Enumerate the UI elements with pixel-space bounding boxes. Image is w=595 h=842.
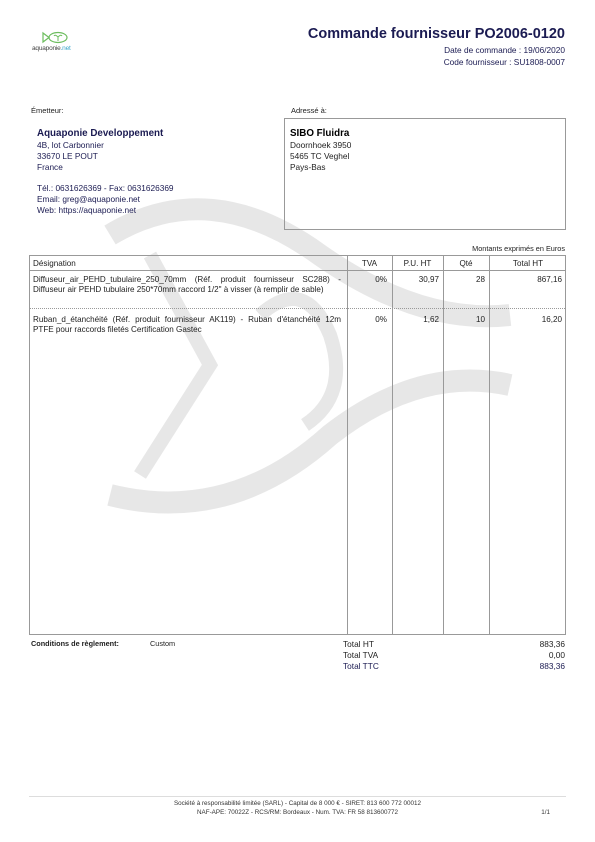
row-1-total-ht: 867,16 [489,275,562,285]
sender-address2: 33670 LE POUT [37,151,174,162]
payment-terms-label: Conditions de règlement: [31,639,119,648]
supplier-code: Code fournisseur : SU1808-0007 [444,57,565,67]
currency-note: Montants exprimés en Euros [472,244,565,253]
row-2-pu-ht: 1,62 [392,315,439,325]
recipient-address: SIBO Fluidra Doornhoek 3950 5465 TC Vegh… [290,128,351,172]
total-tva-value: 0,00 [549,650,565,660]
header-tva: TVA [347,259,392,268]
recipient-address1: Doornhoek 3950 [290,140,351,151]
row-2-tva: 0% [347,315,387,325]
company-logo: aquaponie.net [32,31,80,55]
sender-country: France [37,162,174,173]
sender-phone: Tél.: 0631626369 - Fax: 0631626369 [37,183,174,194]
row-2-designation: Ruban_d_étanchéité (Réf. produit fournis… [33,315,341,336]
payment-terms-value: Custom [150,639,175,648]
sender-web: Web: https://aquaponie.net [37,205,174,216]
total-ttc-value: 883,36 [540,661,565,671]
recipient-address2: 5465 TC Veghel [290,151,351,162]
total-ttc-label: Total TTC [343,661,379,671]
row-2-qty: 10 [443,315,485,325]
sender-name: Aquaponie Developpement [37,128,174,140]
page-number: 1/1 [541,809,550,816]
recipient-country: Pays-Bas [290,162,351,173]
recipient-name: SIBO Fluidra [290,128,351,140]
footer-legal-line-2: NAF-APE: 70022Z - RCS/RM: Bordeaux - Num… [0,809,595,816]
row-1-designation: Diffuseur_air_PEHD_tubulaire_250_70mm (R… [33,275,341,296]
row-1-pu-ht: 30,97 [392,275,439,285]
sender-address1: 4B, lot Carbonnier [37,140,174,151]
order-date: Date de commande : 19/06/2020 [444,45,565,55]
footer-divider [29,796,566,797]
sender-address: Aquaponie Developpement 4B, lot Carbonni… [37,128,174,216]
header-pu-ht: P.U. HT [392,259,443,268]
row-1-qty: 28 [443,275,485,285]
document-title: Commande fournisseur PO2006-0120 [308,26,565,42]
row-1-tva: 0% [347,275,387,285]
logo-text: aquaponie.net [32,45,71,52]
header-total-ht: Total HT [489,259,567,268]
total-ht-label: Total HT [343,639,374,649]
total-ht-value: 883,36 [540,639,565,649]
fish-sprout-icon [41,31,71,44]
header-qty: Qté [443,259,489,268]
footer-legal-line-1: Société à responsabilité limitée (SARL) … [0,800,595,807]
header-designation: Désignation [33,259,76,268]
total-tva-label: Total TVA [343,650,378,660]
recipient-label: Adressé à: [291,106,327,115]
sender-label: Émetteur: [31,106,64,115]
order-lines-table: Désignation TVA P.U. HT Qté Total HT Dif… [29,255,566,635]
row-2-total-ht: 16,20 [489,315,562,325]
sender-email: Email: greg@aquaponie.net [37,194,174,205]
